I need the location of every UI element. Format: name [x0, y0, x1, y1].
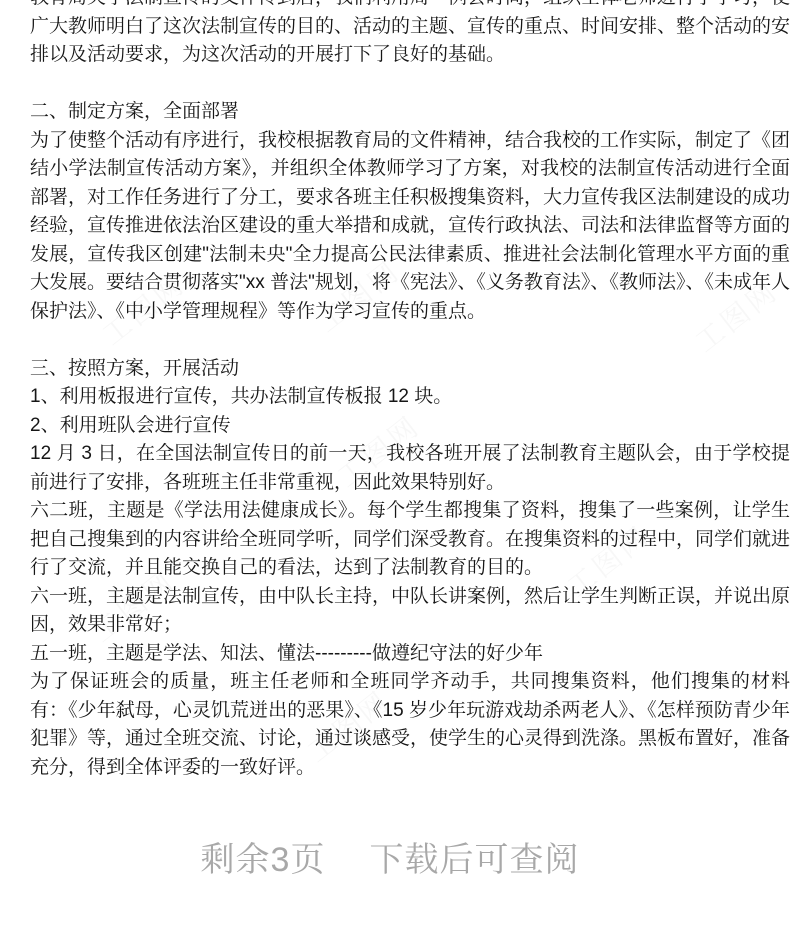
document-body: 教育局关于法制宣传的文件传到后，我们利用周一例会时间，组织全体老师进行了学习，使…	[30, 0, 790, 782]
download-to-view-hint: 下载后可查阅	[369, 832, 579, 881]
document-page: 教育局关于法制宣传的文件传到后，我们利用周一例会时间，组织全体老师进行了学习，使…	[0, 0, 800, 930]
paragraph-class-6-1: 六一班，主题是法制宣传，由中队长主持，中队长讲案例，然后让学生判断正误，并说出原…	[30, 583, 790, 640]
paragraph-intro: 教育局关于法制宣传的文件传到后，我们利用周一例会时间，组织全体老师进行了学习，使…	[30, 0, 790, 70]
list-item-2-class-meeting: 2、利用班队会进行宣传	[30, 412, 790, 441]
section-heading-2: 二、制定方案，全面部署	[30, 98, 790, 127]
remaining-pages-count: 剩余3页	[201, 832, 326, 881]
paragraph-plan: 为了使整个活动有序进行，我校根据教育局的文件精神，结合我校的工作实际，制定了《团…	[30, 127, 790, 327]
list-item-1-board-posters: 1、利用板报进行宣传，共办法制宣传板报 12 块。	[30, 383, 790, 412]
paragraph-class-5-1: 五一班，主题是学法、知法、懂法---------做遵纪守法的好少年	[30, 640, 790, 669]
paragraph-class-meeting-quality: 为了保证班会的质量，班主任老师和全班同学齐动手，共同搜集资料，他们搜集的材料有：…	[30, 668, 790, 782]
section-heading-3: 三、按照方案，开展活动	[30, 355, 790, 384]
paragraph-dec-3-activity: 12 月 3 日，在全国法制宣传日的前一天，我校各班开展了法制教育主题队会，由于…	[30, 440, 790, 497]
remaining-pages-notice: 剩余3页 下载后可查阅	[0, 832, 790, 881]
paragraph-class-6-2: 六二班，主题是《学法用法健康成长》。每个学生都搜集了资料，搜集了一些案例，让学生…	[30, 497, 790, 583]
